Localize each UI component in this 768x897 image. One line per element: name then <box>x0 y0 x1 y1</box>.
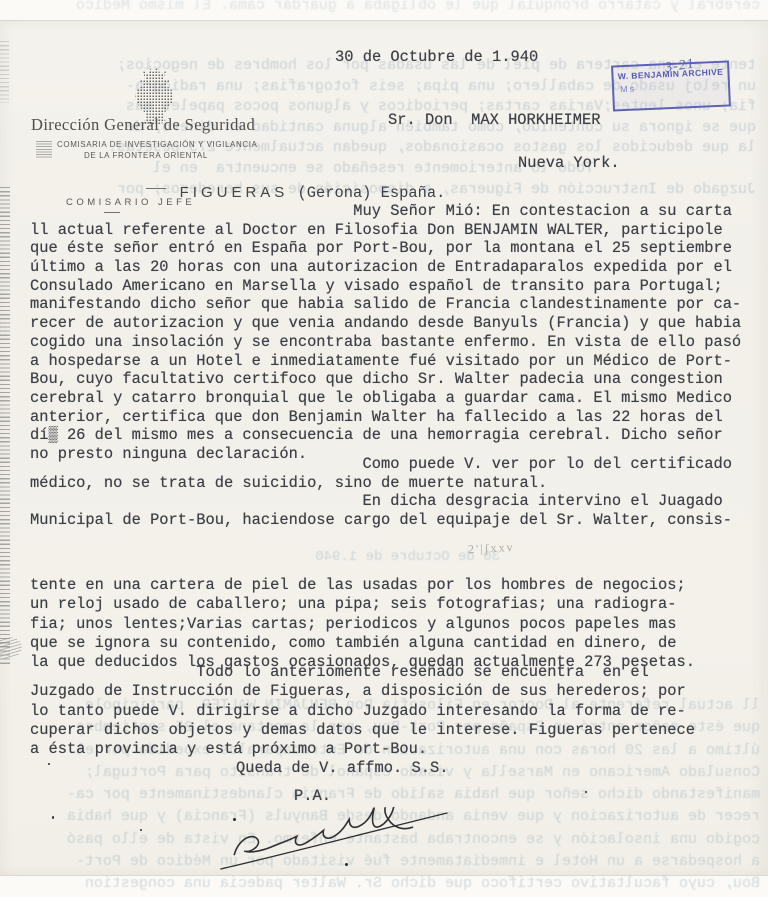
typed-line: Juzgado de Instrucción de Figueras, a di… <box>30 682 695 701</box>
letterhead-underline-1 <box>146 188 166 189</box>
typed-line: Muy Señor Mió: En contestacion a su cart… <box>30 202 741 221</box>
typed-line: último a las 20 horas con una autorizaci… <box>30 258 741 277</box>
typed-line: cuperar dichos objetos y demas datos que… <box>30 721 695 740</box>
left-edge-hatch-mark <box>0 41 9 103</box>
typed-line: dí▒ 26 del mismo mes a consecuencia de u… <box>30 426 741 445</box>
typed-line: manifestando dicho señor que habia salid… <box>8 786 760 808</box>
typed-line: Como puede V. ver por lo del certificado <box>30 455 732 474</box>
typed-line: un reloj usado de caballero; una pipa; s… <box>30 595 695 614</box>
archive-stamp-shelfmark-prefix: Ms <box>620 80 728 95</box>
typed-line: que éste señor entró en España por Port-… <box>30 239 741 258</box>
typed-line: En dicha desgracia intervino el Juagado <box>30 492 732 511</box>
closing-salutation: Queda de V. affmo. S.S. <box>236 759 448 777</box>
body-paragraph-3: En dicha desgracia intervino el JuagadoM… <box>30 492 732 529</box>
signature-autograph <box>211 805 457 883</box>
typed-line: recer de autorizacion y que venia andand… <box>30 314 741 333</box>
letterhead-hatch-box <box>36 141 52 158</box>
typed-line: Todo lo anteriomente reseñado se encuent… <box>30 663 695 682</box>
ink-speck <box>585 791 587 793</box>
typed-line: Municipal de Port-Bou, haciendose cargo … <box>30 511 732 530</box>
typed-line: médico, no se trata de suicidio, sino de… <box>30 474 732 493</box>
typed-line: Bou, cuyo facultativo certifoco que dich… <box>30 370 741 389</box>
letter-paper: tente en una cartera de piel de las usad… <box>0 20 768 876</box>
letterhead-agency-name: Dirección General de Seguridad <box>31 115 255 135</box>
scanned-letter-page: cerebral y catarro bronquial que le obli… <box>0 0 768 897</box>
typed-line: fia; unos lentes;Varias cartas; periodic… <box>30 615 695 634</box>
typed-line: cogido una insolación y se encontraba ba… <box>30 333 741 352</box>
typed-line: lo tanto puede V. dirigirse a dicho Juzg… <box>30 702 695 721</box>
letterhead-office-line1: COMISARIA DE INVESTIGACIÓN Y VIGILANCIA <box>57 140 257 149</box>
body-paragraph-4: tente en una cartera de piel de las usad… <box>30 576 695 672</box>
pencil-annotation: 2'|ʃxxv <box>468 540 515 557</box>
typed-line: a hospedarse a un Hotel e inmediatamente… <box>30 352 741 371</box>
typed-line: manifestando dicho señor que habia salid… <box>30 295 741 314</box>
typed-line: tente en una cartera de piel de las usad… <box>30 576 695 595</box>
letterhead-city-name: FIGUERAS <box>180 184 289 201</box>
ink-speck <box>233 818 236 821</box>
letterhead-city-rest: (Gerona) España. <box>288 184 445 202</box>
body-paragraph-1: Muy Señor Mió: En contestacion a su cart… <box>30 202 741 464</box>
addressee-city: Nueva York. <box>518 154 620 172</box>
typed-line: anterior, certifica que don Benjamin Wal… <box>30 408 741 427</box>
ink-speck <box>52 816 54 819</box>
addressee-name: Sr. Don MAX HORKHEIMER <box>388 111 600 129</box>
typed-line: Bou, cuyo facultativo certifoco que dich… <box>8 875 760 897</box>
ink-speck <box>345 863 348 866</box>
typed-line: ll actual referente al Doctor en Filosof… <box>30 221 741 240</box>
body-paragraph-2: Como puede V. ver por lo del certificado… <box>30 455 732 492</box>
letterhead-office-line2: DE LA FRONTERA ORIENTAL <box>84 151 208 160</box>
benjamin-archive-stamp: W. BENJAMIN ARCHIVE Ms 3-21 <box>611 60 731 111</box>
ink-speck <box>140 829 142 831</box>
typed-line: a ésta provincia y está próximo a Port-B… <box>30 740 695 759</box>
letter-date: 30 de Octubre de 1.940 <box>335 48 538 66</box>
ink-speck <box>48 763 50 765</box>
typed-line: que se ignora su contenido, como también… <box>30 634 695 653</box>
round-smudge-mark <box>0 635 23 661</box>
closing-pa: P.A. <box>294 787 331 805</box>
typed-line: Consulado Americano en Marsella y visado… <box>30 277 741 296</box>
typed-line: cerebral y catarro bronquial que le obli… <box>30 389 741 408</box>
body-paragraph-5: Todo lo anteriomente reseñado se encuent… <box>30 663 695 759</box>
bleed-through-edge-line: cerebral y catarro bronquial que le obli… <box>8 0 760 14</box>
left-edge-hatch-strip <box>0 187 10 665</box>
